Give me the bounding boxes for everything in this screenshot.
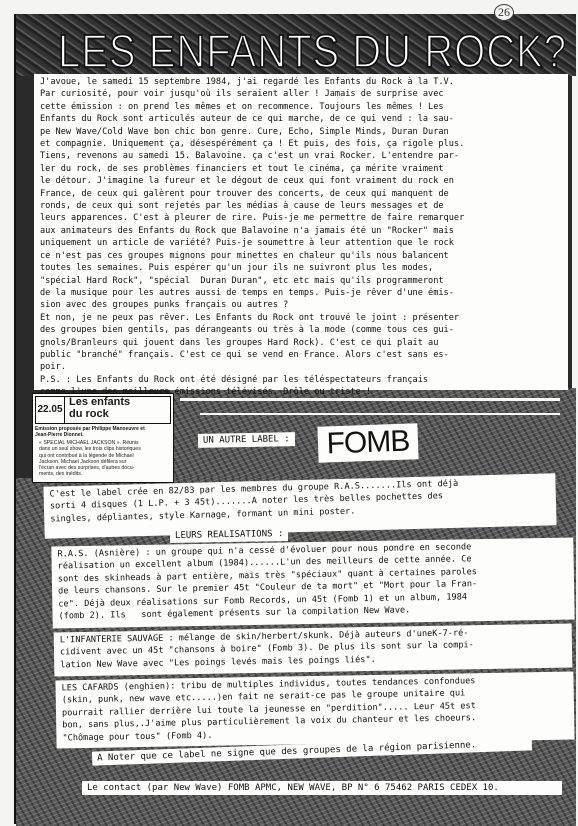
text-line: France, de ceux qui galèrent pour trouve…: [40, 188, 562, 200]
tv-description: « SPECIAL MICHAEL JACKSON ». Réunis dans…: [39, 440, 141, 478]
page-number: 26: [494, 4, 514, 21]
text-line: public "branché" français. C'est ce qui …: [40, 349, 562, 361]
text-line: aux animateurs des Enfants du Rock que B…: [40, 225, 562, 237]
text-line: uniquement un article de variété? Puis-j…: [40, 237, 562, 249]
text-line: pe New Wave/Cold Wave bon chic bon genre…: [40, 126, 562, 138]
text-line: et compagnie. Uniquement ça, désespéréme…: [40, 138, 562, 150]
text-line: ce n'est pas ces groupes mignons pour mi…: [40, 250, 562, 262]
text-line: cette émission : on prend les mêmes et o…: [40, 101, 562, 113]
fomb-logo: FOMB: [317, 423, 418, 462]
text-line: Et non, je ne peux pas rêver. Les Enfant…: [40, 312, 562, 324]
text-line: Enfants du Rock sont articulés auteur de…: [40, 113, 562, 125]
text-line: des groupes bien gentils, pas dérangeant…: [40, 324, 562, 336]
text-line: "spécial Hard Rock", "spécial Duran Dura…: [40, 275, 562, 287]
text-line: sion avec des groupes punks français ou …: [40, 299, 562, 311]
tv-credit: Emission proposée par Philippe Manoeuvre…: [35, 426, 145, 438]
text-line: de la musique pour les autres aussi de t…: [40, 287, 562, 299]
text-line: J'avoue, le samedi 15 septembre 1984, j'…: [40, 76, 562, 88]
text-line: Par curiosité, pour voir jusqu'où ils se…: [40, 88, 562, 100]
text-line: leurs apparences. C'est à pleurer de rir…: [40, 212, 562, 224]
article-text: J'avoue, le samedi 15 septembre 1984, j'…: [34, 74, 568, 390]
divider-line: [200, 413, 560, 415]
section-heading-label: UN AUTRE LABEL :: [198, 432, 295, 448]
infanterie-sauvage-paragraph: L'INFANTERIE SAUVAGE : mélange de skin/h…: [54, 623, 573, 676]
text-line: le détour. J'imagine la fureur et le dég…: [40, 175, 562, 187]
text-line: ler du rock, de ses problèmes financiers…: [40, 163, 562, 175]
tv-time: 22.05: [35, 396, 65, 424]
text-line: Tiens, revenons au samedi 15. Balavoine.…: [40, 150, 562, 162]
text-line: P.S. : Les Enfants du Rock ont été désig…: [40, 374, 562, 386]
tv-title: Les enfants du rock: [69, 396, 130, 420]
text-line: toutes les semaines. Puis espérer qu'un …: [40, 262, 562, 274]
tv-listing-clipping: 22.05 Les enfants du rock Emission propo…: [32, 393, 174, 483]
text-line: poir.: [40, 361, 562, 373]
text-line: ronds, de ceux qui sont rejetés par les …: [40, 200, 562, 212]
text-line: gnols/Branleurs qui jouent dans les grou…: [40, 337, 562, 349]
contact-text: Le contact (par New Wave) FOMB APMC, NEW…: [82, 781, 562, 795]
ras-paragraph: R.A.S. (Asnière) : un groupe qui n'a ces…: [51, 537, 574, 628]
page-title: LES ENFANTS DU ROCK?: [58, 27, 578, 78]
realisations-heading: LEURS REALISATIONS :: [170, 527, 289, 543]
